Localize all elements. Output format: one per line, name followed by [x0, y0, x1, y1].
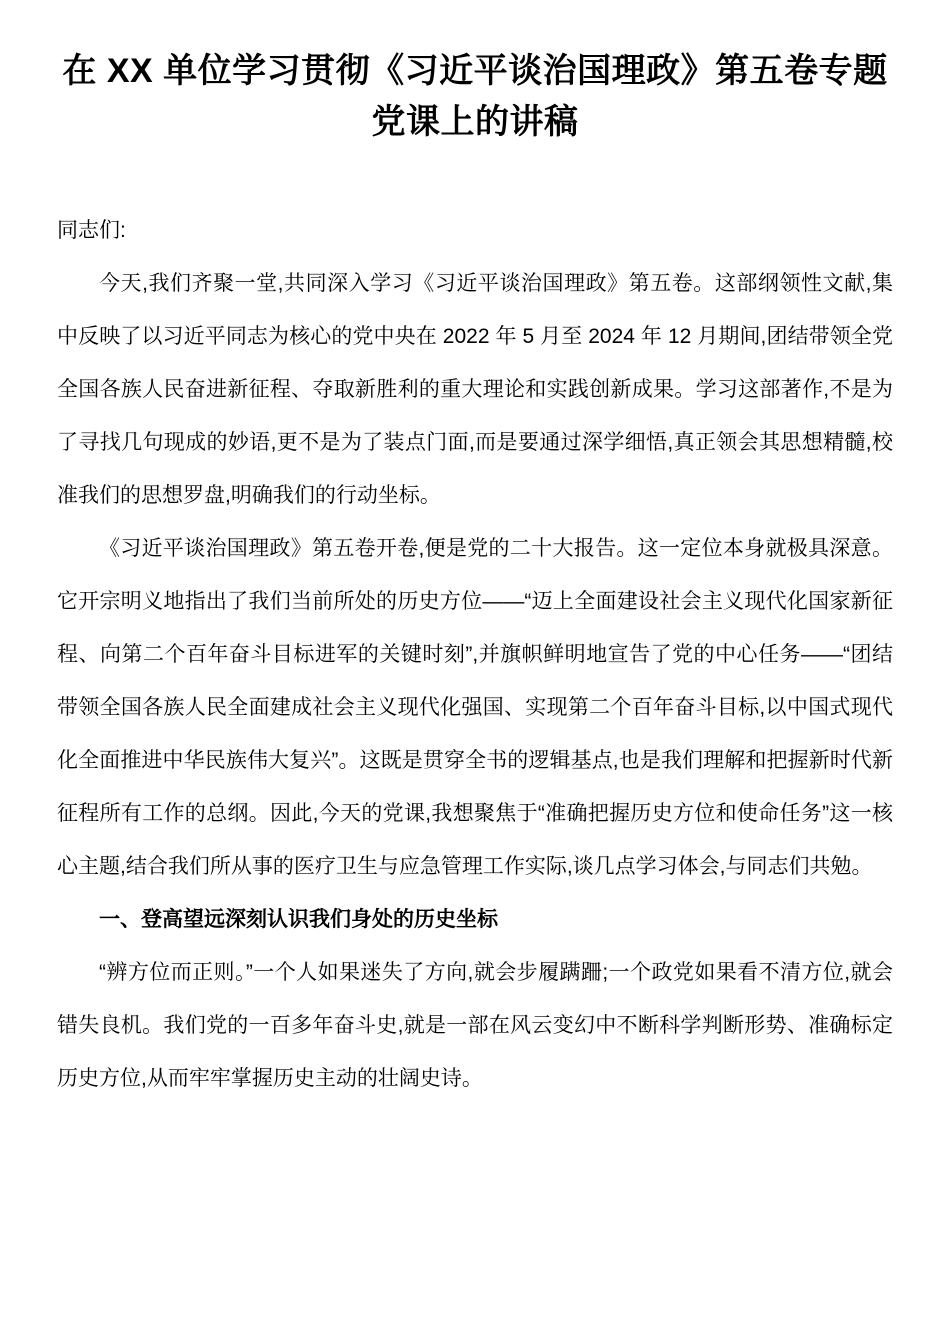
paragraph-theme: 《习近平谈治国理政》第五卷开卷,便是党的二十大报告。这一定位本身就极具深意。它开…	[57, 522, 893, 893]
document-page: 在 XX 单位学习贯彻《习近平谈治国理政》第五卷专题党课上的讲稿 同志们: 今天…	[0, 0, 950, 1344]
document-body: 同志们: 今天,我们齐聚一堂,共同深入学习《习近平谈治国理政》第五卷。这部纲领性…	[57, 204, 893, 1105]
paragraph-section-1: “辨方位而正则。”一个人如果迷失了方向,就会步履蹒跚;一个政党如果看不清方位,就…	[57, 946, 893, 1105]
document-title: 在 XX 单位学习贯彻《习近平谈治国理政》第五卷专题党课上的讲稿	[57, 46, 893, 148]
section-heading-1: 一、登高望远深刻认识我们身处的历史坐标	[57, 893, 893, 946]
salutation: 同志们:	[57, 204, 893, 257]
paragraph-intro: 今天,我们齐聚一堂,共同深入学习《习近平谈治国理政》第五卷。这部纲领性文献,集中…	[57, 257, 893, 522]
